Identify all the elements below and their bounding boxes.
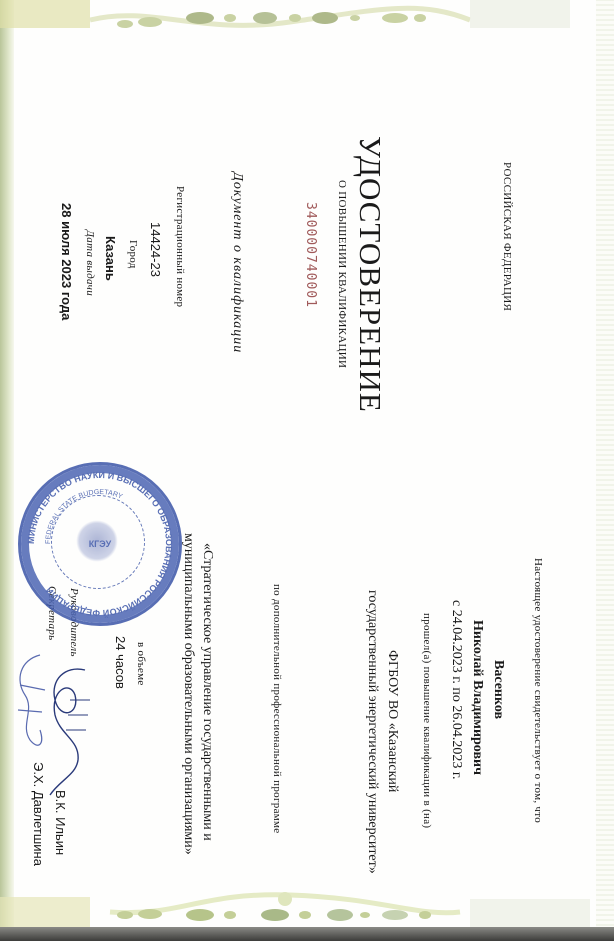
training-period: с 24.04.2023 г. по 26.04.2023 г. (448, 600, 464, 780)
guilloche-top-ornament (0, 0, 614, 40)
stamp-inner-text: FEDERAL STATE BUDGETARY (45, 489, 124, 544)
serial-number: 340000740001 (303, 202, 318, 308)
holder-given-names: Николай Владимирович (469, 620, 485, 775)
document-subtitle: О ПОВЫШЕНИИ КВАЛИФИКАЦИИ (336, 180, 348, 368)
issue-date: 28 июля 2023 года (59, 203, 74, 320)
registration-label: Регистрационный номер (174, 186, 186, 307)
official-stamp: МИНИСТЕРСТВО НАУКИ И ВЫСШЕГО ОБРАЗОВАНИЯ… (18, 462, 182, 626)
guilloche-bottom-ornament (0, 887, 614, 927)
issue-date-label: Дата выдачи (84, 230, 96, 296)
stamp-text-ring: МИНИСТЕРСТВО НАУКИ И ВЫСШЕГО ОБРАЗОВАНИЯ… (21, 465, 179, 623)
program-line-1: «Стратегическое управление государственн… (199, 543, 215, 841)
institution-line-2: государственный энергетический университ… (364, 590, 380, 874)
city-value: Казань (103, 236, 118, 281)
document-type: Документ о квалификации (229, 172, 245, 353)
holder-surname: Васенков (490, 660, 506, 719)
certificate-intro: Настоящее удостоверение свидетельствует … (532, 558, 544, 823)
city-label: Город (127, 240, 139, 269)
frame-right-border (596, 0, 614, 941)
volume-label: в объеме (135, 642, 147, 686)
registration-number: 14424-23 (148, 222, 163, 277)
stamp-logo: КГЭУ (89, 539, 112, 549)
document-title: УДОСТОВЕРЕНИЕ (352, 136, 388, 413)
secretary-signature (10, 650, 55, 760)
certificate-sheet: РОССИЙСКАЯ ФЕДЕРАЦИЯ УДОСТОВЕРЕНИЕ О ПОВ… (0, 0, 614, 941)
scan-edge-shadow (0, 927, 614, 941)
institution-line-1: ФГБОУ ВО «Казанский (384, 650, 400, 792)
program-label: по дополнительной профессиональной прогр… (271, 584, 283, 833)
program-line-2: муниципальными образовательными организа… (180, 533, 196, 855)
country-label: РОССИЙСКАЯ ФЕДЕРАЦИЯ (501, 162, 513, 311)
frame-left-border (0, 0, 14, 941)
svg-text:FEDERAL STATE BUDGETARY: FEDERAL STATE BUDGETARY (45, 489, 124, 544)
volume-hours: 24 часов (113, 636, 128, 689)
completed-label: прошел(а) повышение квалификации в (на) (421, 613, 433, 828)
